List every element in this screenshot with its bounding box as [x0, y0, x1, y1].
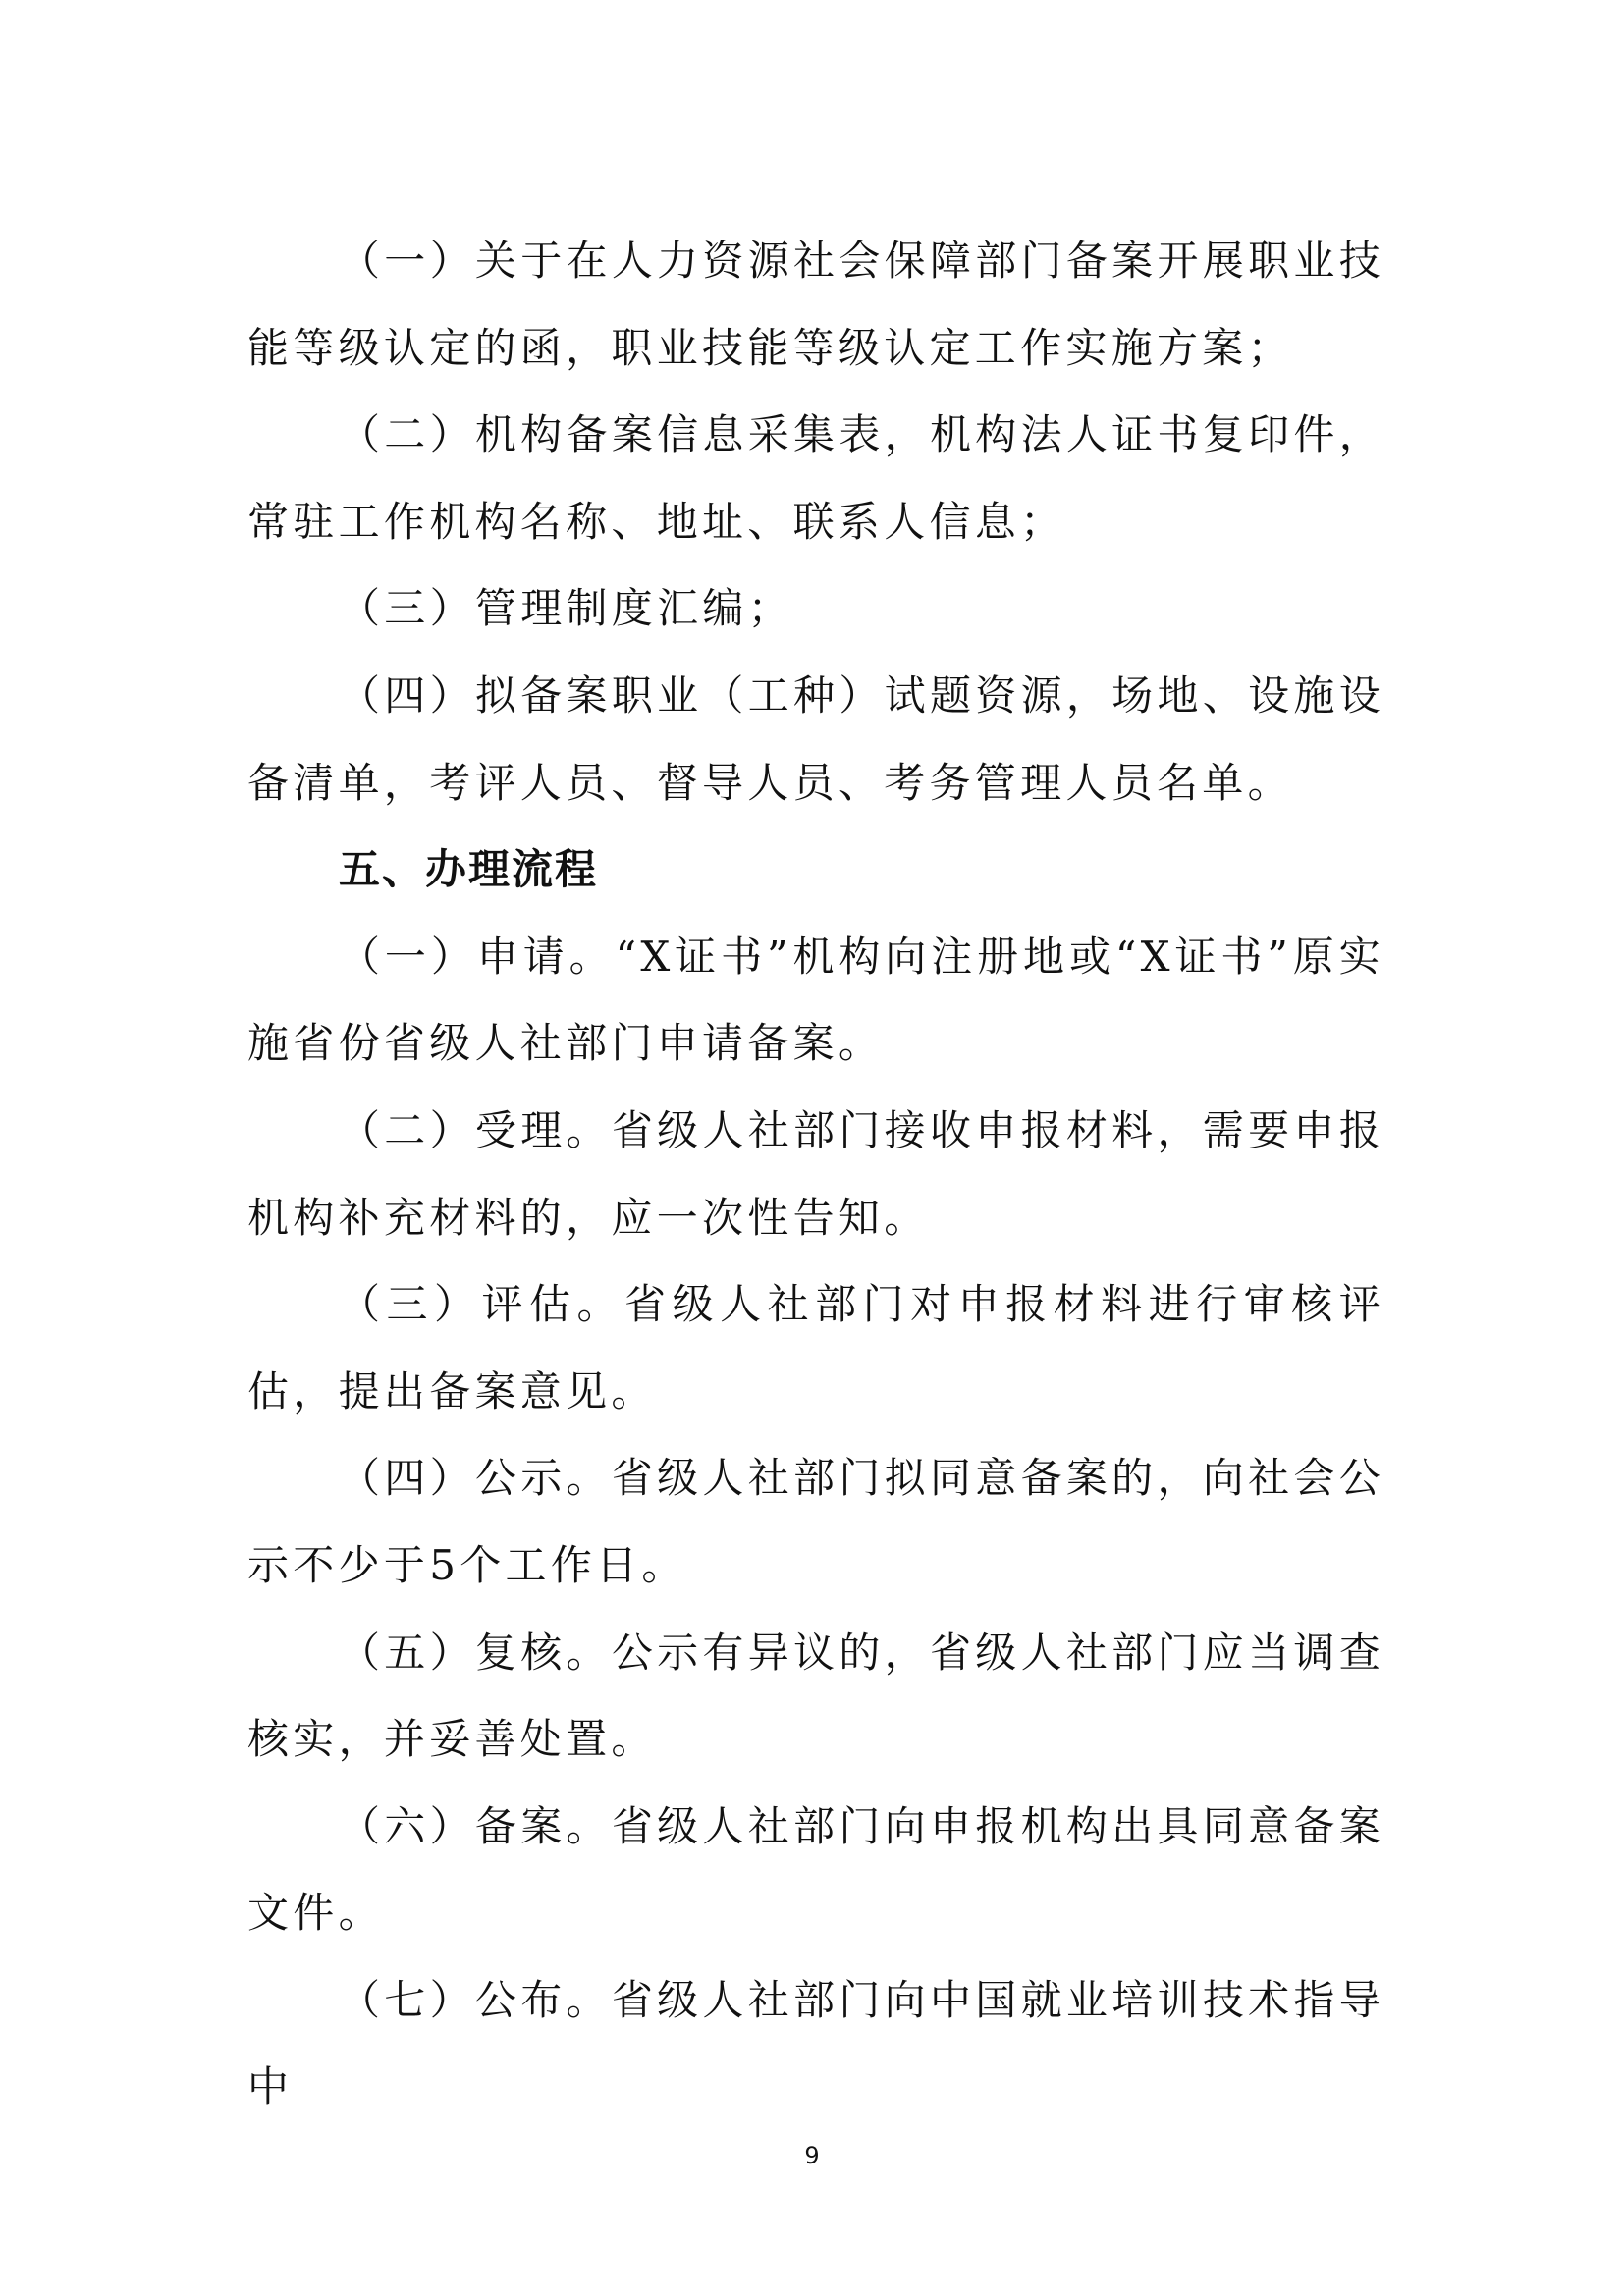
list-item-process-6: （六）备案。省级人社部门向申报机构出具同意备案文件。 — [247, 1784, 1384, 1957]
document-page: （一）关于在人力资源社会保障部门备案开展职业技能等级认定的函，职业技能等级认定工… — [0, 0, 1624, 2296]
list-item-process-3: （三）评估。省级人社部门对申报材料进行审核评估，提出备案意见。 — [247, 1261, 1384, 1435]
section-heading: 五、办理流程 — [247, 827, 1384, 914]
list-item-process-1: （一）申请。“X证书”机构向注册地或“X证书”原实施省份省级人社部门申请备案。 — [247, 914, 1384, 1088]
list-item-process-2: （二）受理。省级人社部门接收申报材料，需要申报机构补充材料的，应一次性告知。 — [247, 1088, 1384, 1261]
page-number: 9 — [0, 2142, 1624, 2169]
list-item-materials-2: （二）机构备案信息采集表，机构法人证书复印件，常驻工作机构名称、地址、联系人信息… — [247, 392, 1384, 565]
list-item-process-5: （五）复核。公示有异议的，省级人社部门应当调查核实，并妥善处置。 — [247, 1610, 1384, 1784]
list-item-process-7: （七）公布。省级人社部门向中国就业培训技术指导中 — [247, 1957, 1384, 2131]
document-body: （一）关于在人力资源社会保障部门备案开展职业技能等级认定的函，职业技能等级认定工… — [247, 218, 1384, 2131]
list-item-materials-1: （一）关于在人力资源社会保障部门备案开展职业技能等级认定的函，职业技能等级认定工… — [247, 218, 1384, 392]
list-item-process-4: （四）公示。省级人社部门拟同意备案的，向社会公示不少于5个工作日。 — [247, 1435, 1384, 1609]
list-item-materials-3: （三）管理制度汇编； — [247, 565, 1384, 653]
list-item-materials-4: （四）拟备案职业（工种）试题资源，场地、设施设备清单，考评人员、督导人员、考务管… — [247, 653, 1384, 827]
